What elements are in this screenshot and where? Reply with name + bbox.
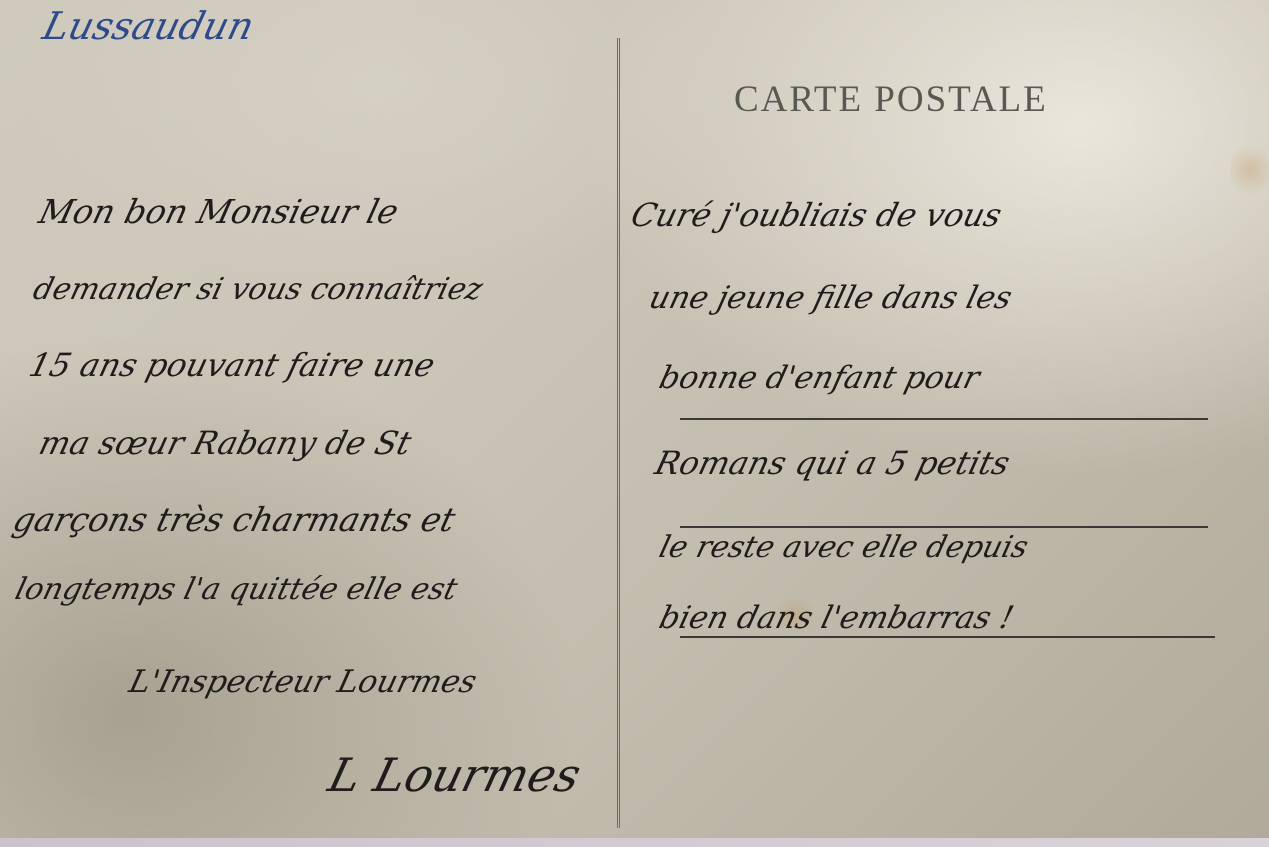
message-line-left: demander si vous connaîtriez bbox=[30, 272, 487, 307]
message-line-left: ma sœur Rabany de St bbox=[35, 424, 415, 462]
postcard-back: Lussaudun CARTE POSTALE Mon bon Monsieur… bbox=[0, 0, 1269, 840]
message-line-right: le reste avec elle depuis bbox=[656, 530, 1032, 565]
signature: L Lourmes bbox=[323, 748, 586, 802]
message-line-right: Romans qui a 5 petits bbox=[651, 444, 1014, 482]
message-line-right: une jeune fille dans les bbox=[646, 280, 1016, 316]
background-surface bbox=[0, 838, 1269, 847]
message-line-left: Mon bon Monsieur le bbox=[35, 192, 402, 231]
message-line-right: Curé j'oubliais de vous bbox=[627, 196, 1005, 234]
address-line bbox=[680, 636, 1215, 638]
center-divider-line bbox=[617, 38, 620, 828]
closing-line: L'Inspecteur Lourmes bbox=[126, 664, 481, 700]
address-line bbox=[680, 526, 1208, 528]
paper-stain bbox=[1230, 140, 1269, 200]
recipient-note: Lussaudun bbox=[39, 4, 259, 48]
message-line-left: garçons très charmants et bbox=[9, 500, 459, 539]
message-line-left: 15 ans pouvant faire une bbox=[25, 346, 439, 384]
address-line bbox=[680, 418, 1208, 420]
message-line-right: bonne d'enfant pour bbox=[656, 360, 984, 396]
message-line-left: longtemps l'a quittée elle est bbox=[12, 572, 461, 607]
message-line-right: bien dans l'embarras ! bbox=[656, 600, 1018, 636]
printed-title: CARTE POSTALE bbox=[734, 78, 1048, 121]
